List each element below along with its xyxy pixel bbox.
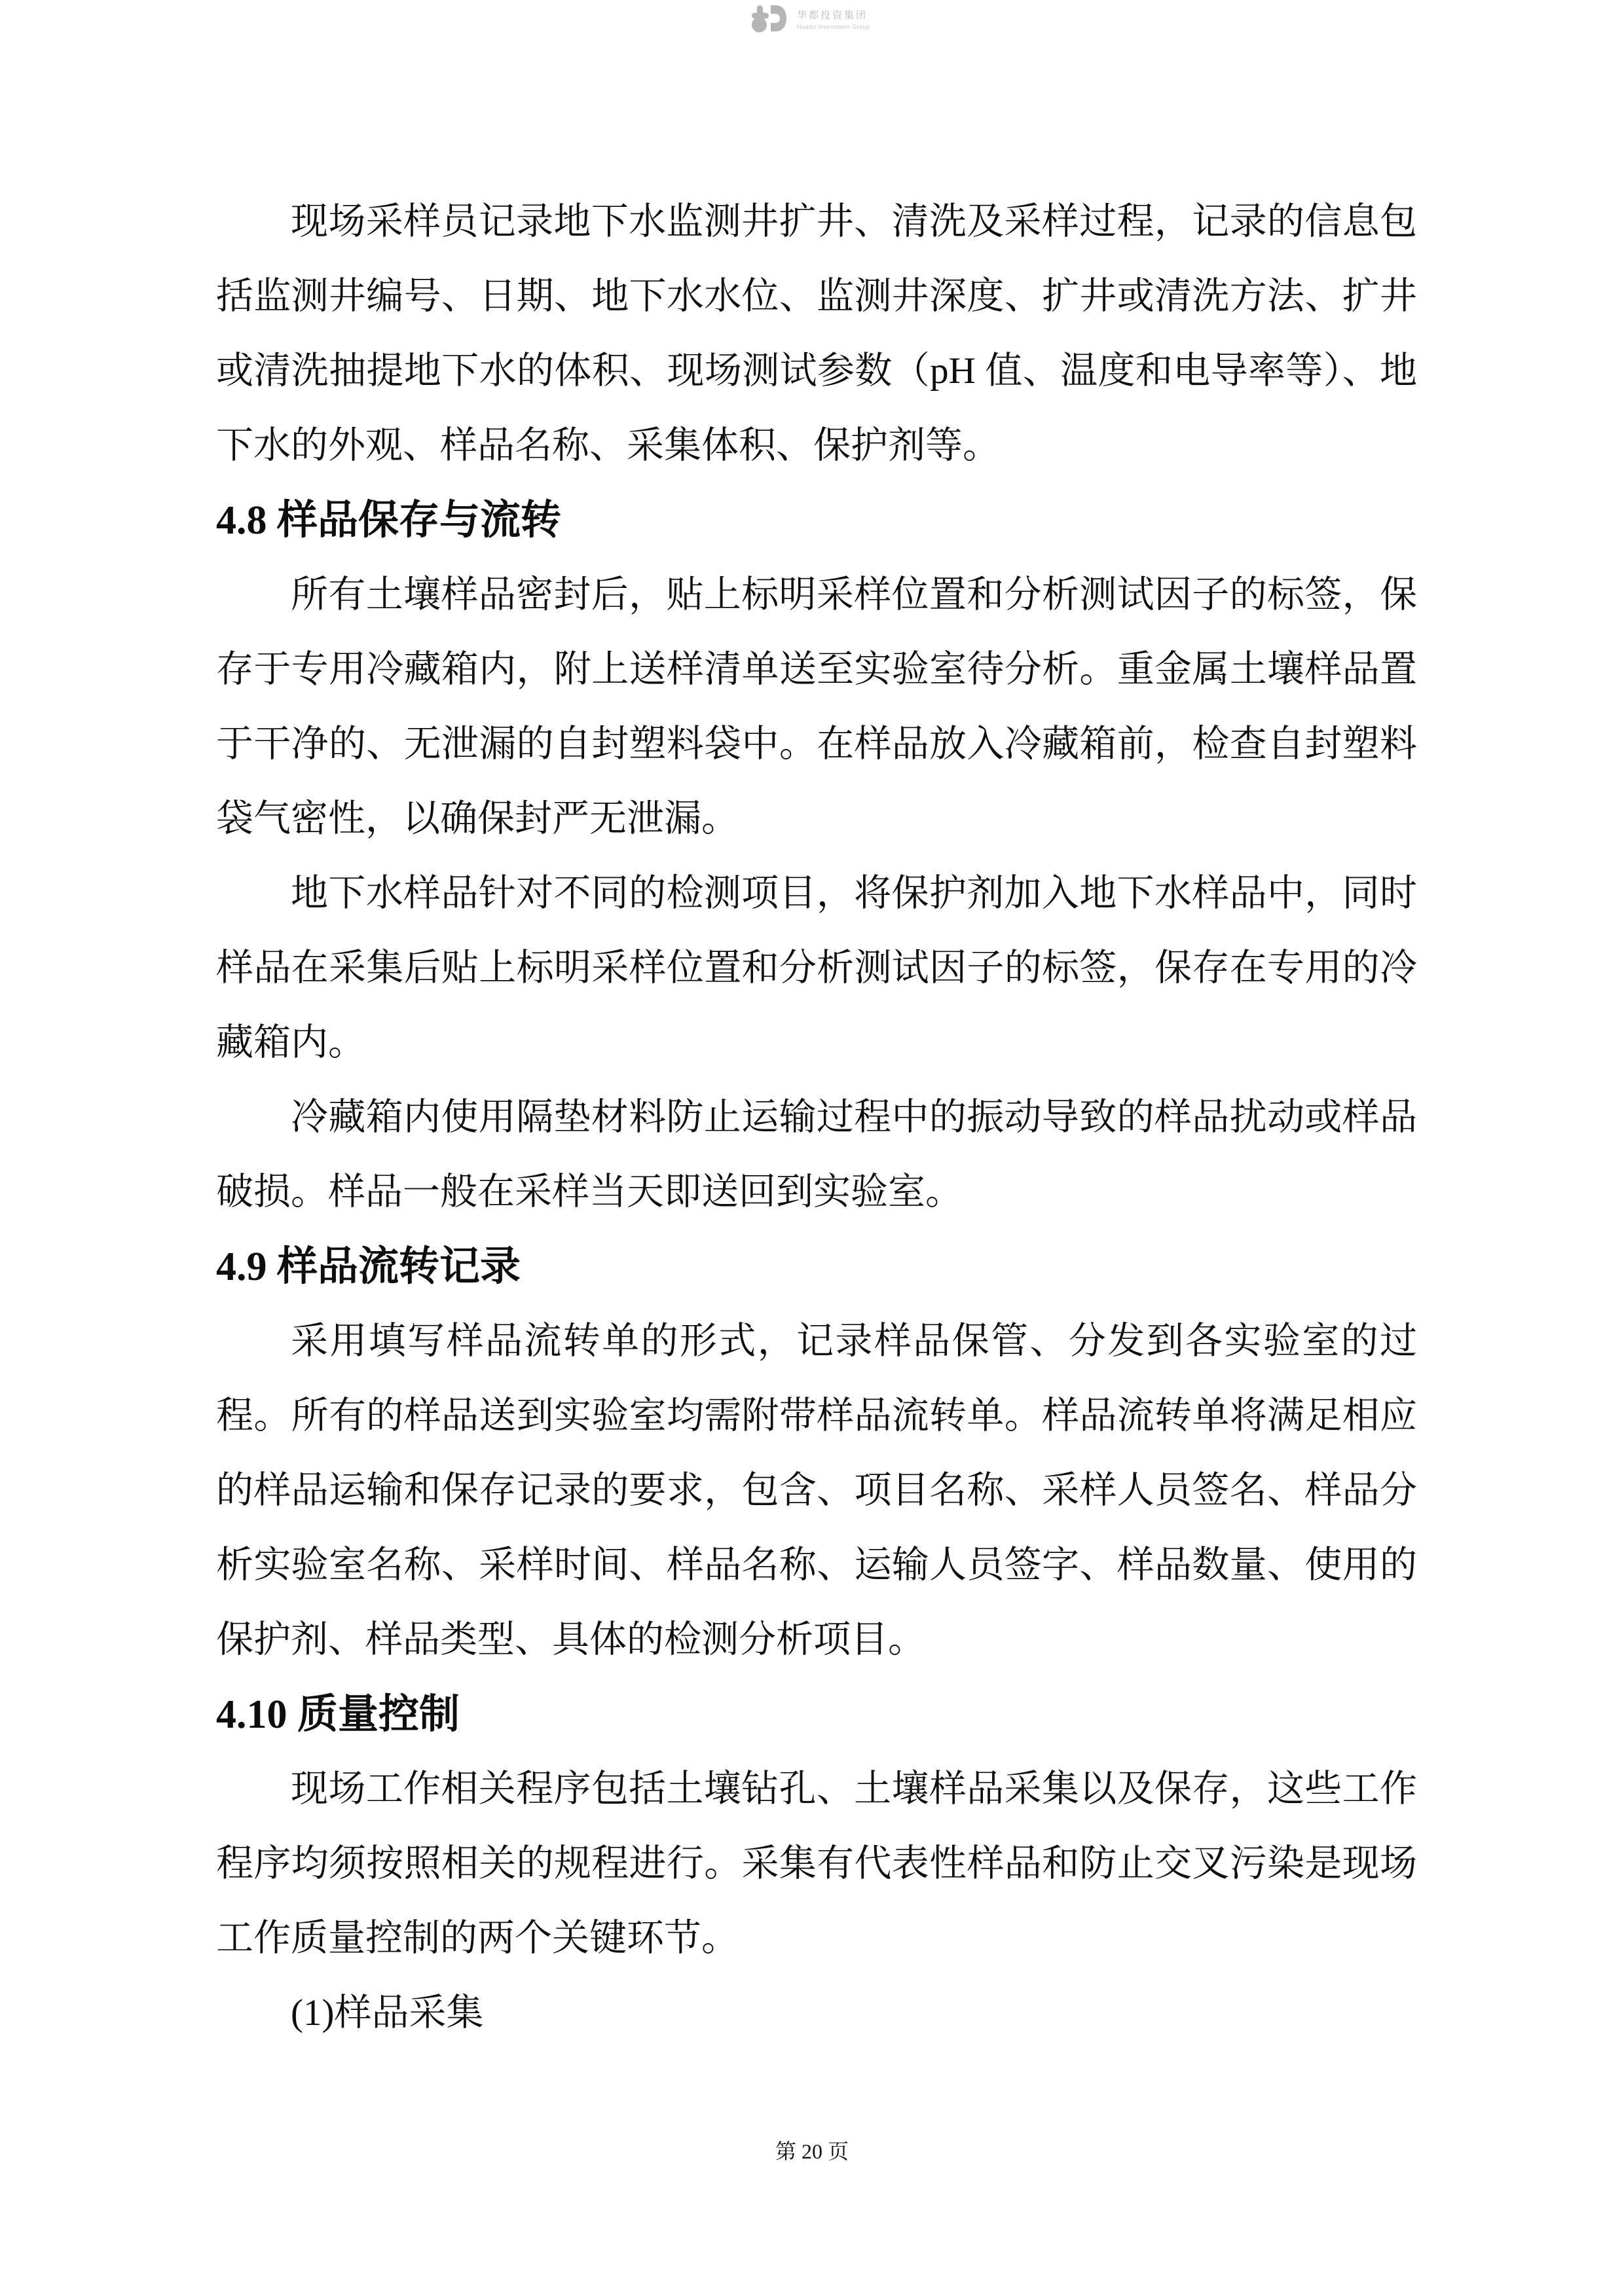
heading-4-9-sample-transfer-record: 4.9 样品流转记录 xyxy=(216,1230,1417,1304)
paragraph-groundwater-sample-preservative: 地下水样品针对不同的检测项目，将保护剂加入地下水样品中，同时样品在采集后贴上标明… xyxy=(216,856,1417,1080)
header-logo: 华都投资集团 Huadu Investment Group xyxy=(752,5,870,33)
paragraph-cooler-padding-transport: 冷藏箱内使用隔垫材料防止运输过程中的振动导致的样品扰动或样品破损。样品一般在采样… xyxy=(216,1080,1417,1230)
logo-company-name-cn: 华都投资集团 xyxy=(797,8,870,22)
paragraph-soil-sample-sealing: 所有土壤样品密封后，贴上标明采样位置和分析测试因子的标签，保存于专用冷藏箱内，附… xyxy=(216,558,1417,856)
page-number: 第 20 页 xyxy=(775,2140,849,2163)
logo-wordmark: 华都投资集团 Huadu Investment Group xyxy=(797,8,870,30)
logo-company-name-en: Huadu Investment Group xyxy=(797,24,870,30)
list-item-sample-collection: (1)样品采集 xyxy=(216,1976,1417,2050)
heading-4-10-quality-control: 4.10 质量控制 xyxy=(216,1677,1417,1752)
paragraph-groundwater-sampling-record: 现场采样员记录地下水监测井扩井、清洗及采样过程，记录的信息包括监测井编号、日期、… xyxy=(216,185,1417,483)
document-page: 华都投资集团 Huadu Investment Group 现场采样员记录地下水… xyxy=(0,0,1624,2296)
document-body: 现场采样员记录地下水监测井扩井、清洗及采样过程，记录的信息包括监测井编号、日期、… xyxy=(216,185,1417,2050)
paragraph-sample-transfer-form: 采用填写样品流转单的形式，记录样品保管、分发到各实验室的过程。所有的样品送到实验… xyxy=(216,1304,1417,1677)
paragraph-field-work-procedures: 现场工作相关程序包括土壤钻孔、土壤样品采集以及保存，这些工作程序均须按照相关的规… xyxy=(216,1752,1417,1976)
hd-logo-icon xyxy=(752,5,786,33)
page-footer: 第 20 页 xyxy=(0,2138,1624,2164)
heading-4-8-sample-preservation: 4.8 样品保存与流转 xyxy=(216,483,1417,558)
